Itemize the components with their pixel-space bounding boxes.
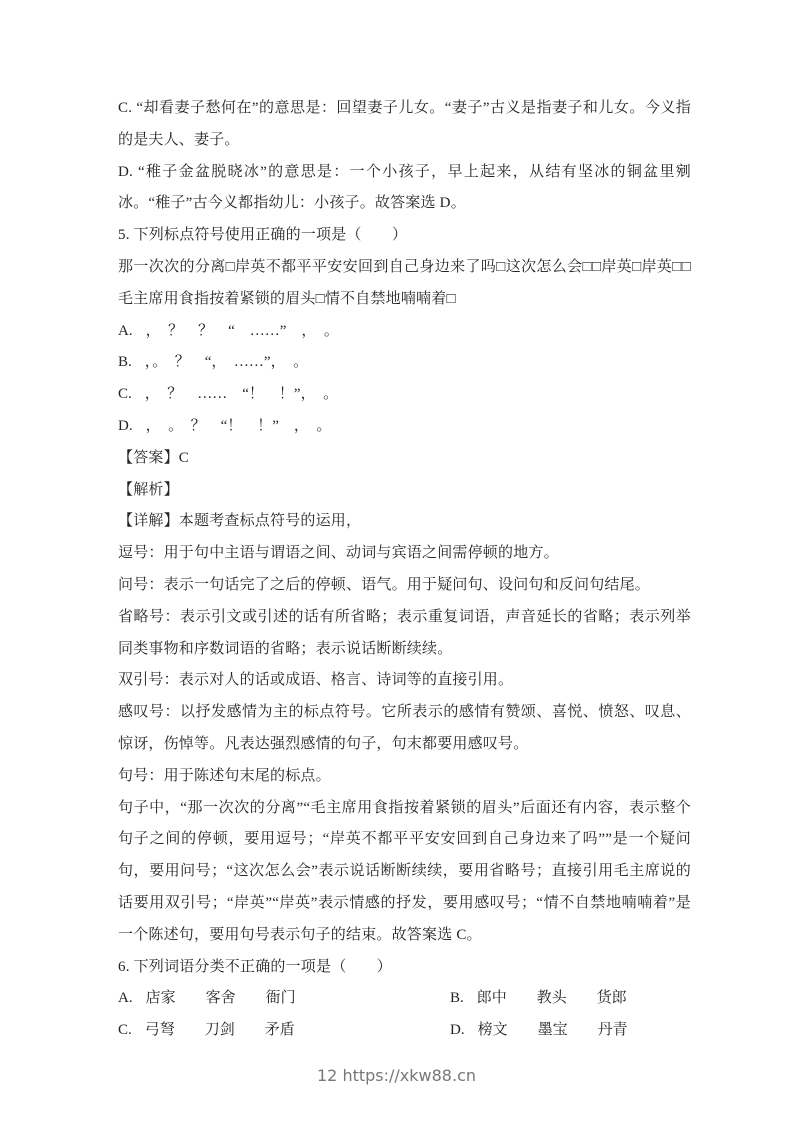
q5-option-a-label: A.	[118, 316, 133, 348]
q5-option-c-label: C.	[118, 379, 132, 411]
q6-option-b-label: B.	[450, 983, 464, 1015]
q6-option-c-words: 弓弩 刀剑 矛盾	[145, 1022, 295, 1038]
q4-option-c-explanation: C. “却看妻子愁何在”的意思是：回望妻子儿女。“妻子”古义是指妻子和儿女。今义…	[118, 93, 691, 157]
q5-rule-ellipsis: 省略号：表示引文或引述的话有所省略；表示重复词语，声音延长的省略；表示列举同类事…	[118, 602, 691, 666]
q6-question: 6. 下列词语分类不正确的一项是（ ）	[118, 952, 691, 984]
q5-option-b-marks: ，。 ？ “， ……”， 。	[145, 354, 308, 370]
q5-option-d-marks: ， 。 ？ “！ ！” ， 。	[146, 418, 332, 434]
q5-option-a: A.， ？ ？ “ ……” ， 。	[118, 316, 691, 348]
q6-options-row-2: C.弓弩 刀剑 矛盾 D.榜文 墨宝 丹青	[118, 1015, 691, 1047]
q6-option-b: B.郎中 教头 货郎	[450, 983, 691, 1015]
q5-option-c: C.， ？ …… “！ ！”， 。	[118, 379, 691, 411]
q5-option-d: D.， 。 ？ “！ ！” ， 。	[118, 411, 691, 443]
q5-conclusion: 句子中，“那一次次的分离”“毛主席用食指按着紧锁的眉头”后面还有内容，表示整个句…	[118, 793, 691, 952]
q4-option-d-explanation: D. “稚子金盆脱晓冰”的意思是：一个小孩子，早上起来，从结有坚冰的铜盆里剜冰。…	[118, 157, 691, 221]
q6-option-d-words: 榜文 墨宝 丹青	[478, 1022, 628, 1038]
q5-question: 5. 下列标点符号使用正确的一项是（ ）	[118, 220, 691, 252]
document-page: C. “却看妻子愁何在”的意思是：回望妻子儿女。“妻子”古义是指妻子和儿女。今义…	[118, 93, 691, 1047]
q5-answer: 【答案】C	[118, 443, 691, 475]
q6-option-a-words: 店家 客舍 衙门	[146, 990, 296, 1006]
q5-option-d-label: D.	[118, 411, 133, 443]
q6-option-d: D.榜文 墨宝 丹青	[450, 1015, 691, 1047]
q6-option-a-label: A.	[118, 983, 133, 1015]
q5-passage: 那一次次的分离□岸英不都平平安安回到自己身边来了吗□这次怎么会□□岸英□岸英□□…	[118, 252, 691, 316]
q5-rule-double-quote: 双引号：表示对人的话或成语、格言、诗词等的直接引用。	[118, 665, 691, 697]
q6-options-row-1: A.店家 客舍 衙门 B.郎中 教头 货郎	[118, 983, 691, 1015]
q5-option-a-marks: ， ？ ？ “ ……” ， 。	[146, 323, 339, 339]
q5-rule-comma: 逗号：用于句中主语与谓语之间、动词与宾语之间需停顿的地方。	[118, 538, 691, 570]
q5-analysis-label: 【解析】	[118, 475, 691, 507]
q5-detail: 【详解】本题考查标点符号的运用，	[118, 506, 691, 538]
q6-option-d-label: D.	[450, 1015, 465, 1047]
q6-option-b-words: 郎中 教头 货郎	[477, 990, 627, 1006]
q6-option-a: A.店家 客舍 衙门	[118, 983, 450, 1015]
q6-option-c-label: C.	[118, 1015, 132, 1047]
q5-option-b-label: B.	[118, 347, 132, 379]
page-footer-watermark: 12 https://xkw88.cn	[0, 1066, 793, 1085]
q5-rule-period: 句号：用于陈述句末尾的标点。	[118, 761, 691, 793]
q6-option-c: C.弓弩 刀剑 矛盾	[118, 1015, 450, 1047]
q5-option-b: B.，。 ？ “， ……”， 。	[118, 347, 691, 379]
q5-rule-exclamation: 感叹号：以抒发感情为主的标点符号。它所表示的感情有赞颂、喜悦、愤怒、叹息、惊讶，…	[118, 697, 691, 761]
q5-rule-question-mark: 问号：表示一句话完了之后的停顿、语气。用于疑问句、设问句和反问句结尾。	[118, 570, 691, 602]
q5-option-c-marks: ， ？ …… “！ ！”， 。	[145, 386, 338, 402]
